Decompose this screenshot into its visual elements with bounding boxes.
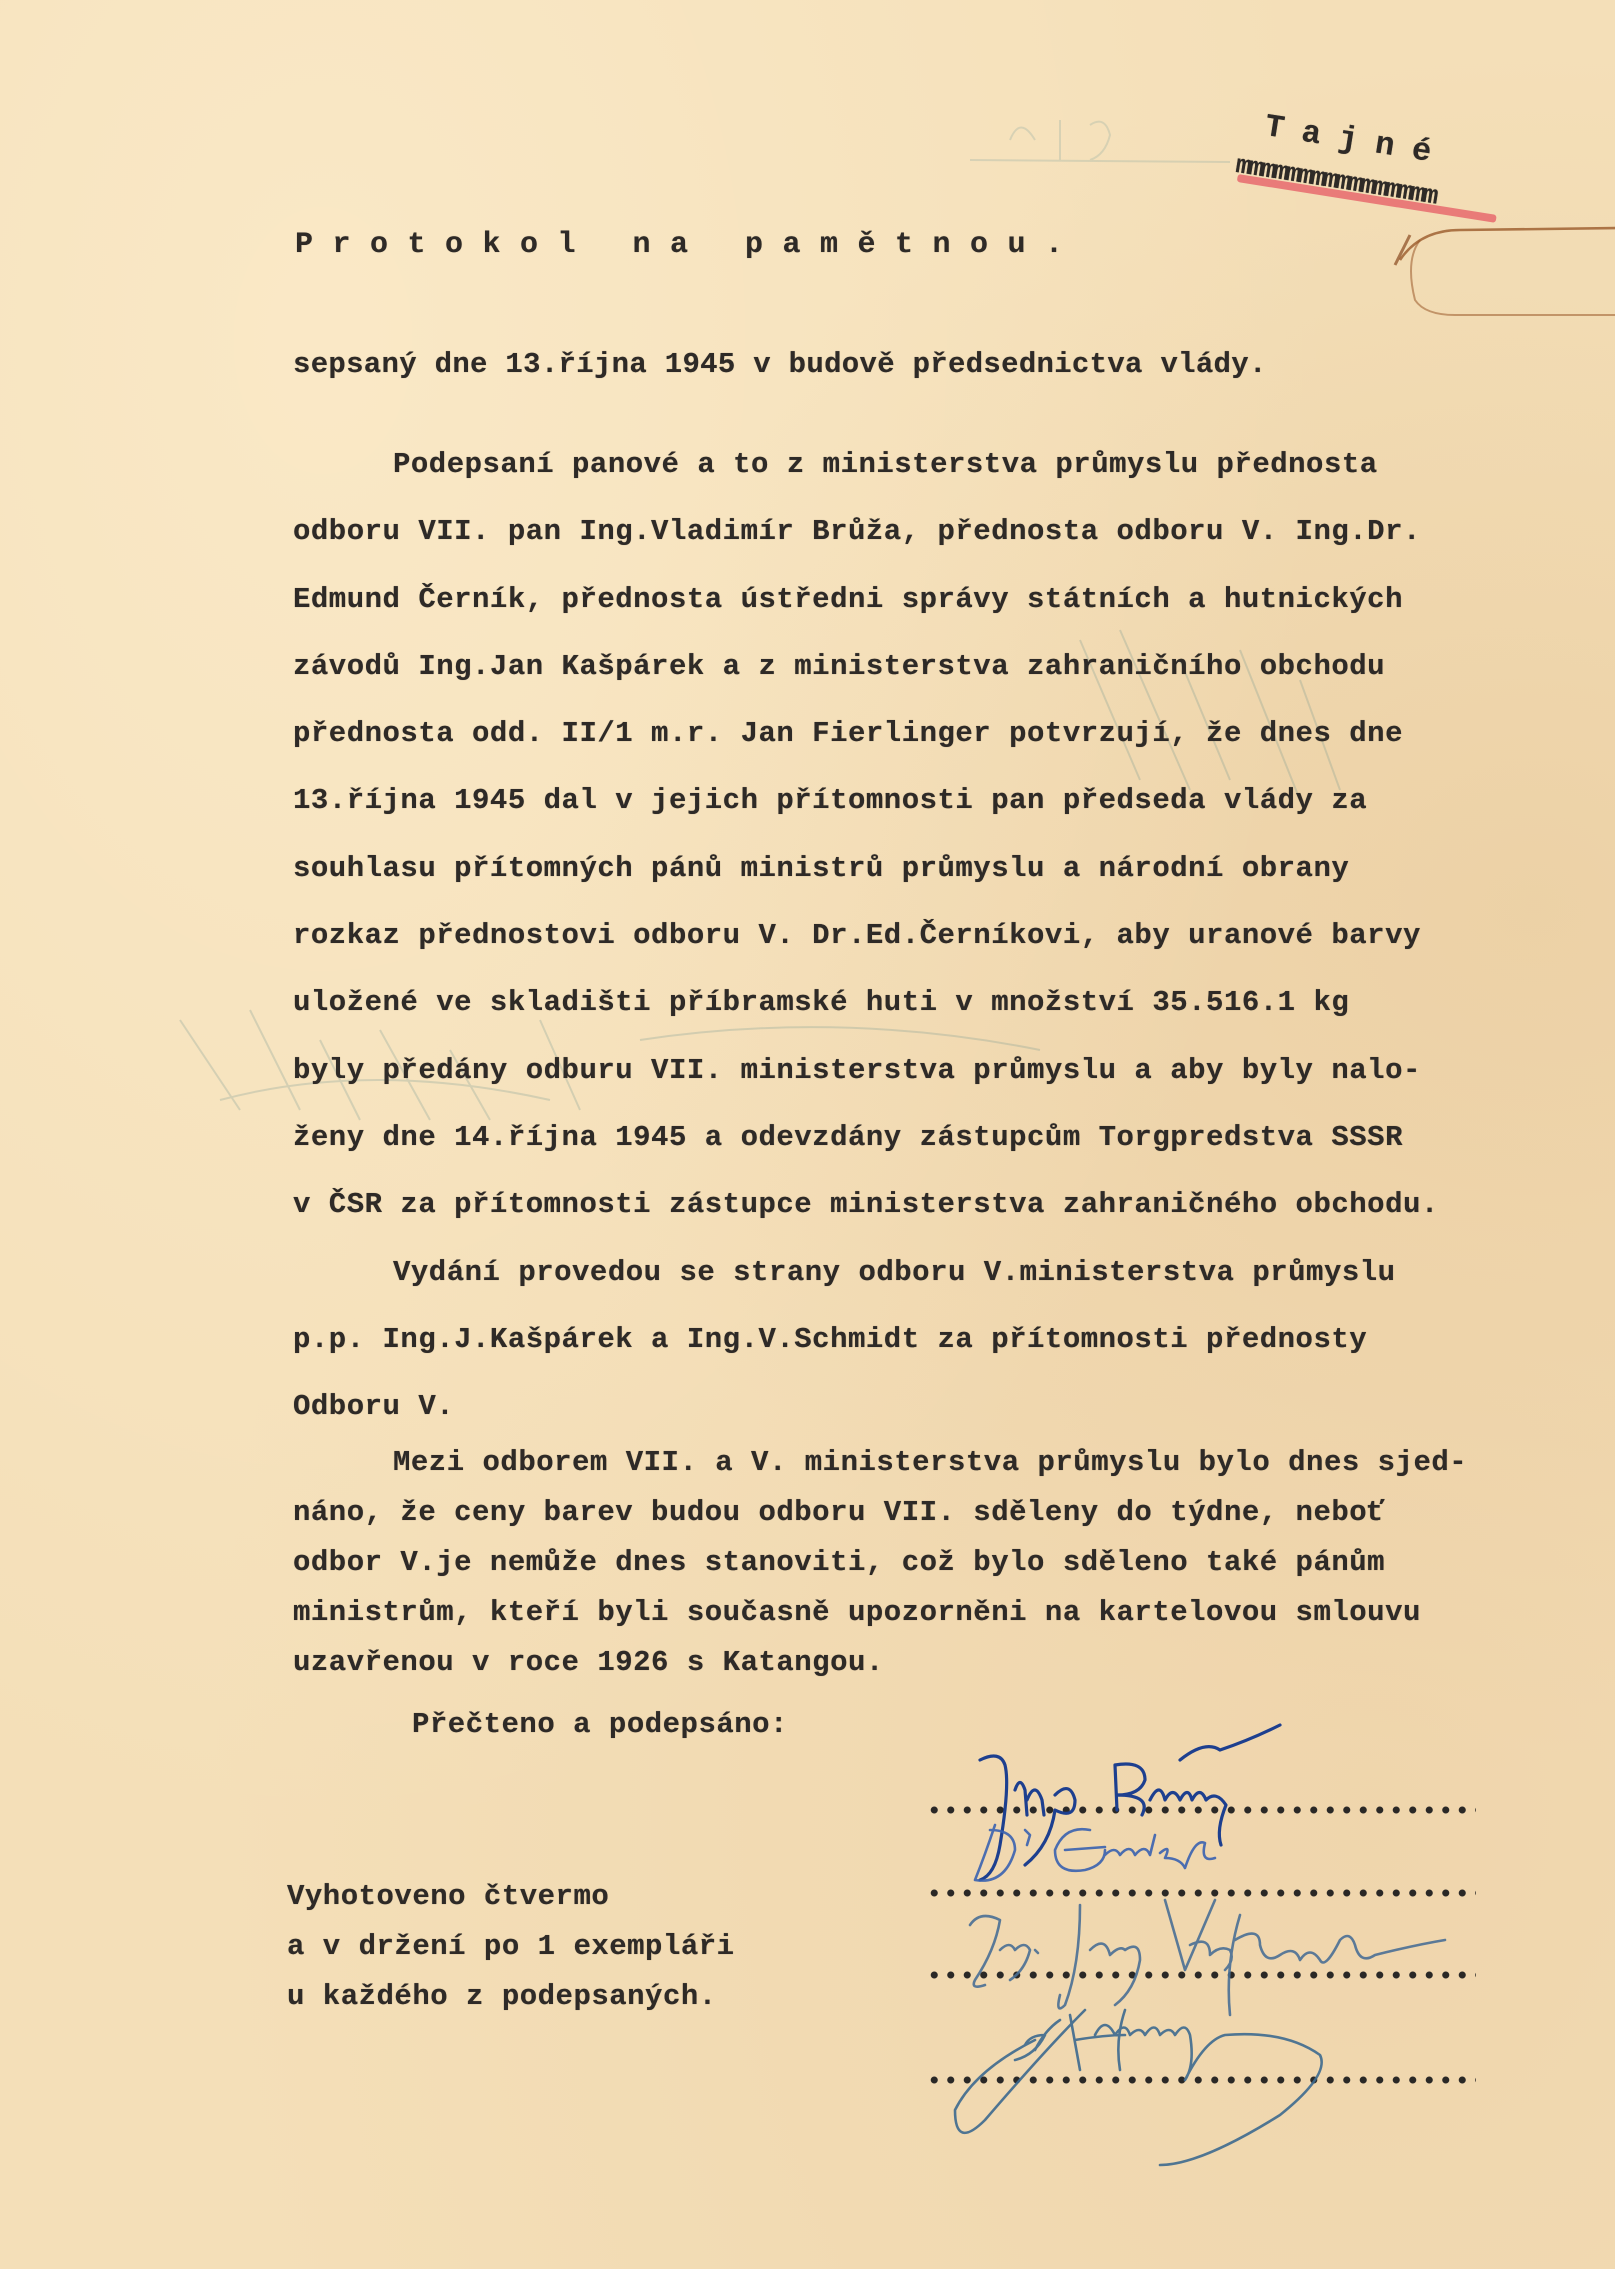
copies-note: Vyhotoveno čtvermo a v držení po 1 exemp… (287, 1872, 735, 2022)
paragraph-3-line: odbor V.je nemůže dnes stanoviti, což by… (293, 1543, 1613, 1593)
paragraph-3-line: náno, že ceny barev budou odboru VII. sd… (293, 1493, 1613, 1543)
document-page: Tajné mmmmmmmmmmmmmmmm Protokol na pamět… (0, 0, 1615, 2269)
paragraph-1-line: souhlasu přítomných pánů ministrů průmys… (293, 849, 1593, 916)
paragraph-1-line: byly předány odburu VII. ministerstva pr… (293, 1051, 1593, 1118)
copies-note-line: u každého z podepsaných. (287, 1972, 735, 2022)
copies-note-line: a v držení po 1 exempláři (287, 1922, 735, 1972)
paragraph-1-line: ženy dne 14.října 1945 a odevzdány zástu… (293, 1118, 1593, 1185)
paragraph-1-line: odboru VII. pan Ing.Vladimír Brůža, před… (293, 512, 1593, 579)
paragraph-2-line: Vydání provedou se strany odboru V.minis… (293, 1253, 1593, 1320)
rust-paperclip-mark (1390, 210, 1615, 320)
read-and-signed-label: Přečteno a podepsáno: (412, 1708, 788, 1741)
signature-fierlinger (920, 2000, 1480, 2160)
paragraph-1-line: Podepsaní panové a to z ministerstva prů… (293, 445, 1593, 512)
paragraph-3-line: ministrům, kteří byli současně upozorněn… (293, 1593, 1613, 1643)
paragraph-3-line: Mezi odborem VII. a V. ministerstva prům… (293, 1443, 1613, 1493)
paragraph-1-line: uložené ve skladišti příbramské huti v m… (293, 983, 1593, 1050)
copies-note-line: Vyhotoveno čtvermo (287, 1872, 735, 1922)
paragraph-1-line: Edmund Černík, přednosta ústředni správy… (293, 580, 1593, 647)
signature-cernik (965, 1815, 1245, 1895)
paragraph-1-line: 13.října 1945 dal v jejich přítomnosti p… (293, 781, 1593, 848)
price-agreement-paragraph: Mezi odborem VII. a V. ministerstva prům… (293, 1443, 1613, 1693)
paragraph-1-line: rozkaz přednostovi odboru V. Dr.Ed.Černí… (293, 916, 1593, 983)
paragraph-1-line: v ČSR za přítomnosti zástupce ministerst… (293, 1185, 1593, 1252)
paragraph-1-line: závodů Ing.Jan Kašpárek a z ministerstva… (293, 647, 1593, 714)
signature-block: Ing Brůža (920, 1700, 1520, 2140)
paragraph-2-line: p.p. Ing.J.Kašpárek a Ing.V.Schmidt za p… (293, 1320, 1593, 1387)
show-through-year-mark (950, 100, 1250, 180)
document-title: Protokol na pamětnou. (295, 228, 1083, 262)
paragraph-1-line: přednosta odd. II/1 m.r. Jan Fierlinger … (293, 714, 1593, 781)
document-subtitle: sepsaný dne 13.října 1945 v budově předs… (293, 348, 1267, 381)
paragraph-3-line: uzavřenou v roce 1926 s Katangou. (293, 1643, 1613, 1693)
protocol-body: Podepsaní panové a to z ministerstva prů… (293, 445, 1593, 1454)
